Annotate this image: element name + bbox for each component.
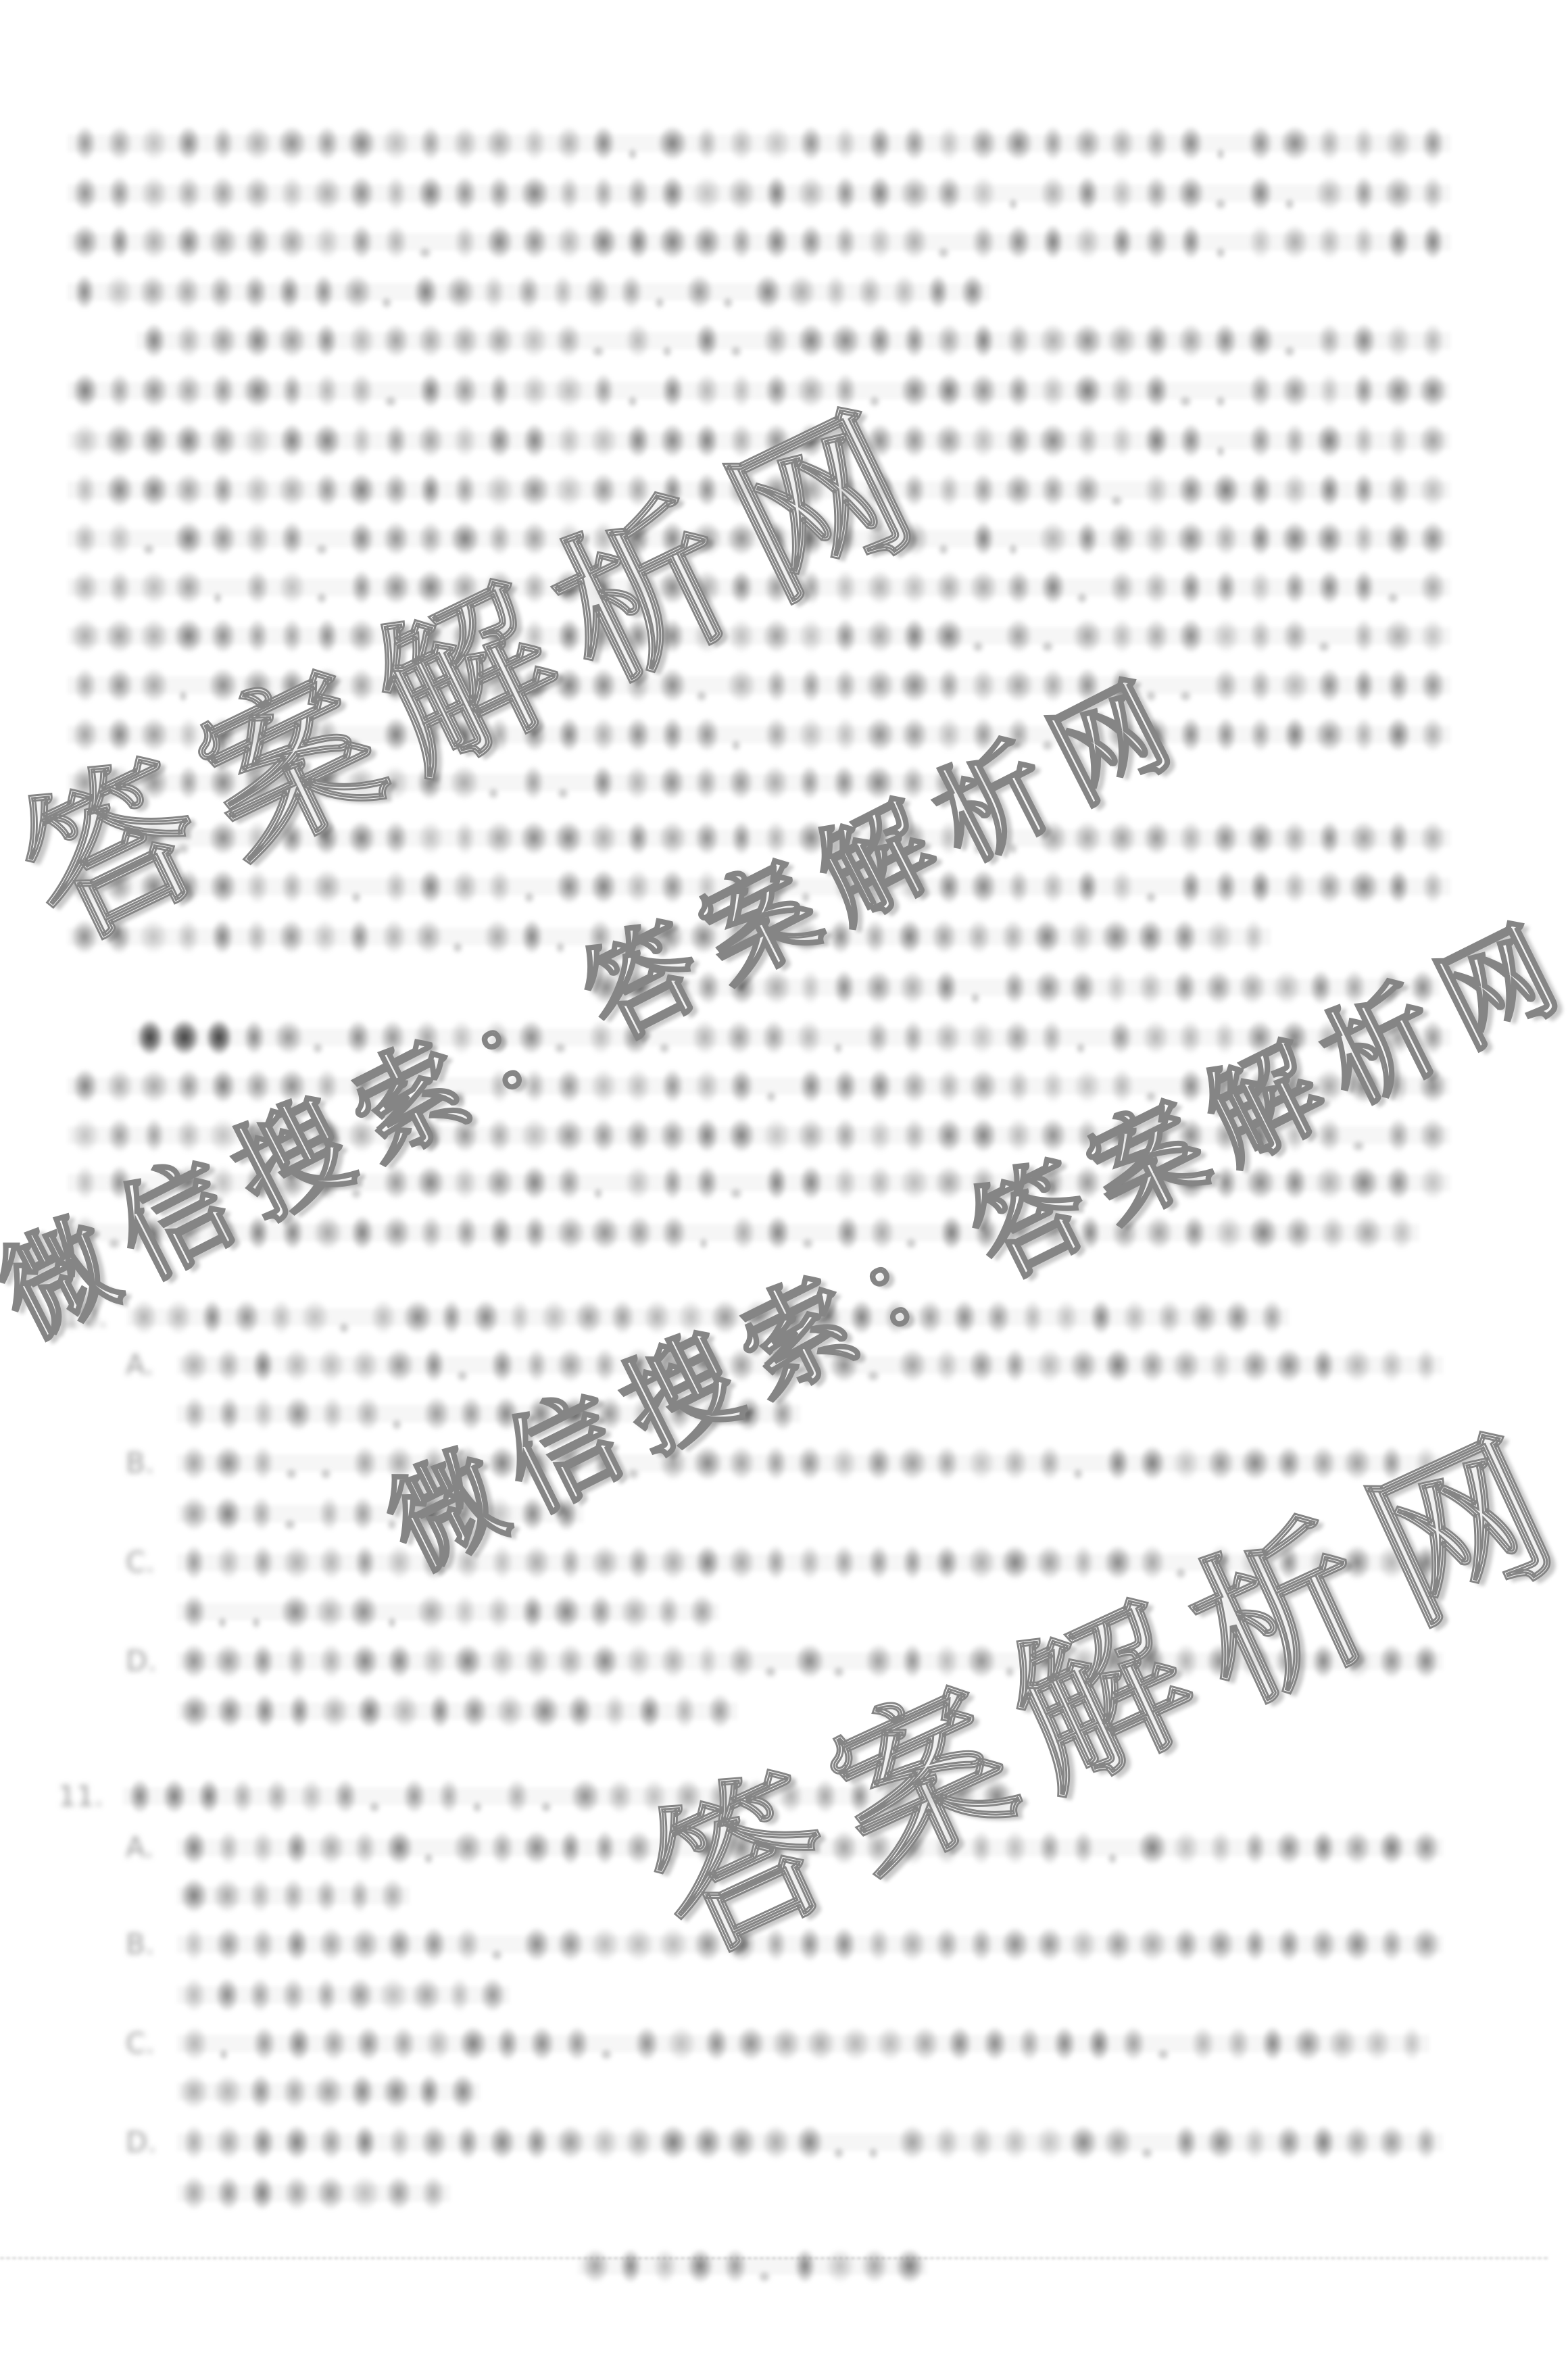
blurred-glyph <box>892 2246 927 2286</box>
footer-page-label <box>578 2246 927 2286</box>
blurred-glyph <box>823 2246 858 2286</box>
blurred-glyph <box>647 2246 683 2286</box>
blurred-glyph <box>858 2246 893 2286</box>
blurred-glyph <box>787 2246 823 2286</box>
blurred-glyph <box>613 2246 648 2286</box>
blurred-glyph <box>578 2246 613 2286</box>
blurred-glyph <box>753 2246 788 2286</box>
blurred-glyph <box>683 2246 718 2286</box>
exam-page: 10.A.B.C.D.11.A.B.C.D. 答案解析网答案解析网微信搜索：答案… <box>0 0 1568 2368</box>
blurred-glyph <box>718 2246 753 2286</box>
page-footer <box>0 0 1568 2368</box>
